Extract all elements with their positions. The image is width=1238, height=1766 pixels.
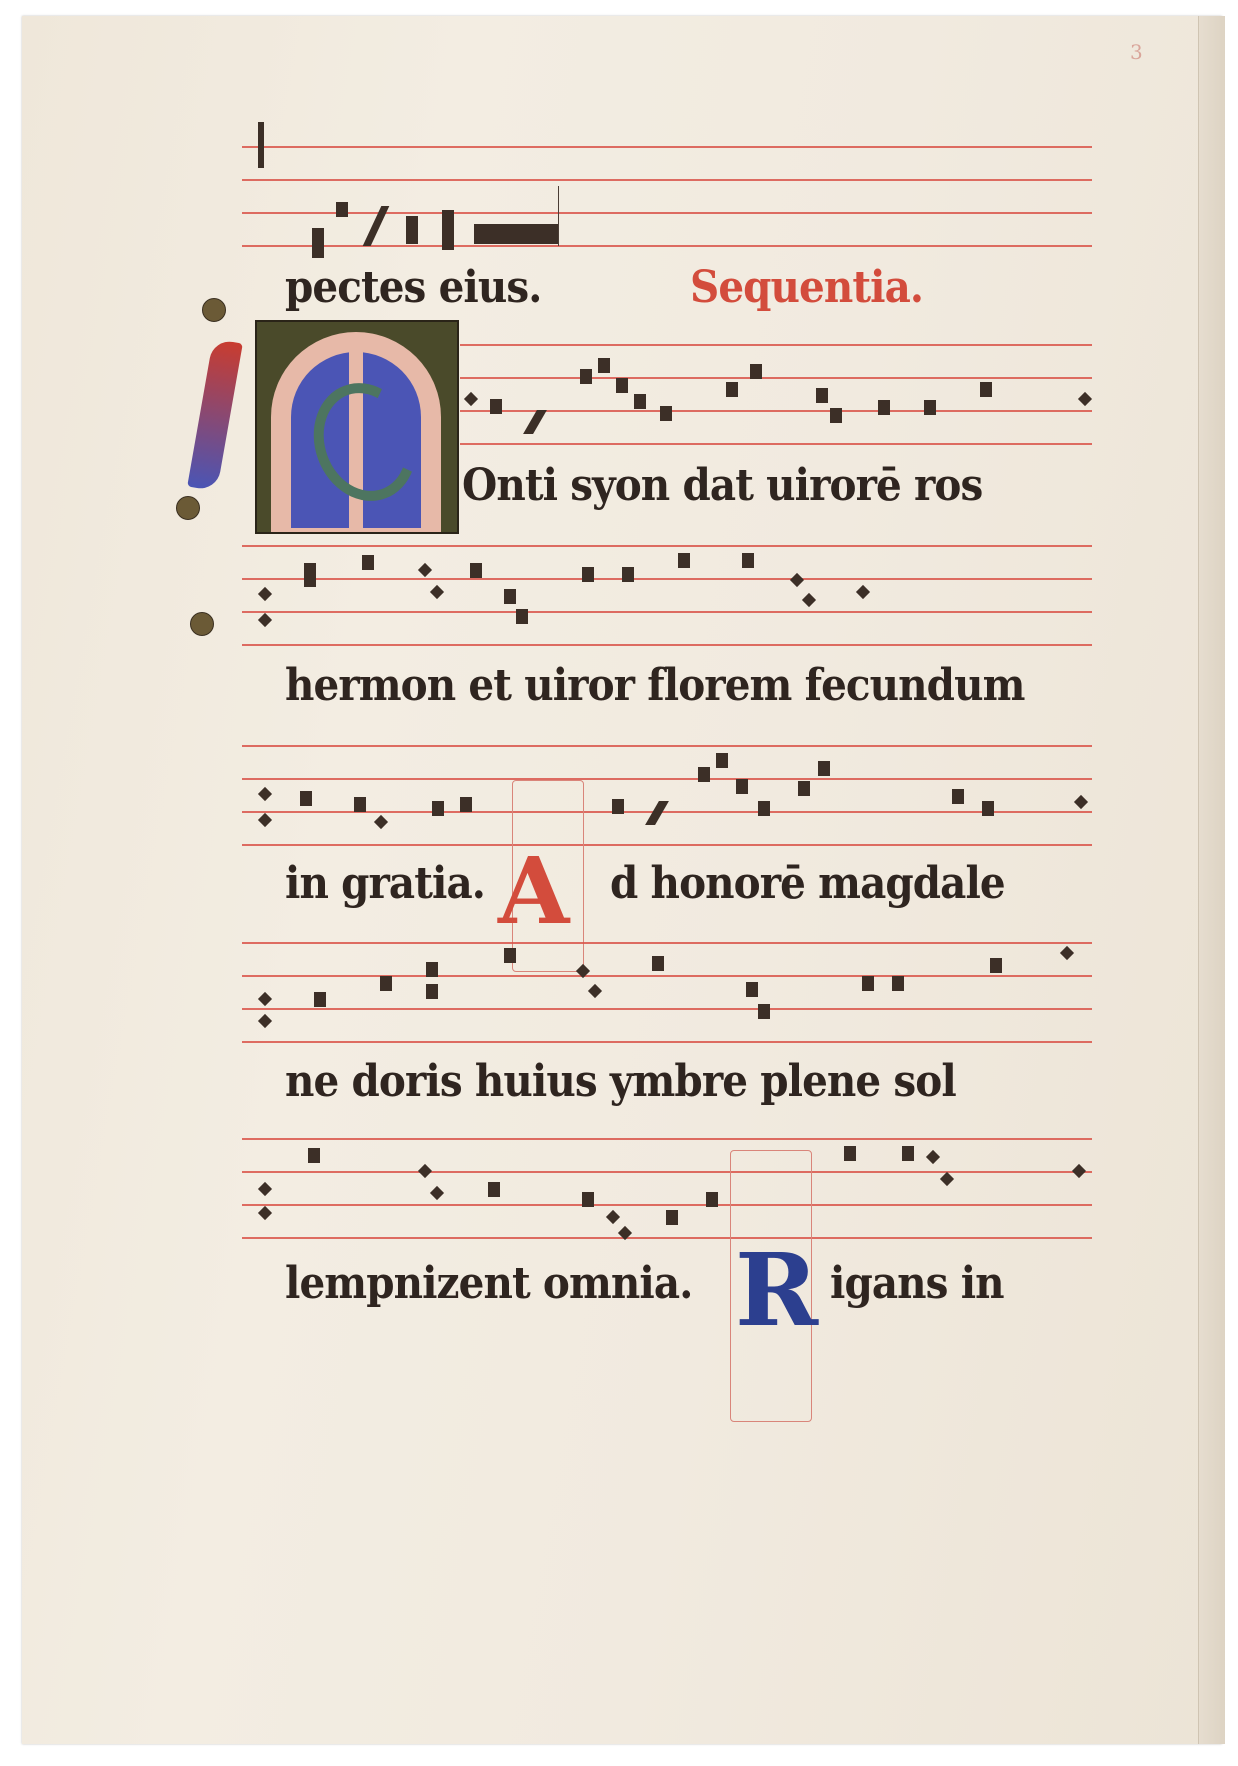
lyric-line-5: ne doris huius ymbre plene sol <box>285 1056 956 1107</box>
staff-4 <box>242 745 1092 845</box>
marginal-bead <box>176 496 200 520</box>
lyric-line-2: Onti syon dat uirorē ros <box>462 460 982 511</box>
lyric-line-6: lempnizent omnia. <box>285 1258 692 1309</box>
lyric-line-1: pectes eius. <box>285 262 541 313</box>
blue-initial-r: R <box>735 1240 818 1340</box>
page-number: 3 <box>1130 40 1143 64</box>
staff-5 <box>242 942 1092 1042</box>
illuminated-initial-m: M <box>255 320 459 534</box>
staff-2 <box>460 344 1092 444</box>
rubric-sequentia: Sequentia. <box>690 262 923 313</box>
staff-1 <box>242 146 1092 246</box>
staff-6 <box>242 1138 1092 1238</box>
lyric-line-6-continued: igans in <box>830 1258 1004 1309</box>
page-fold-edge <box>1198 16 1225 1744</box>
marginal-bead <box>190 612 214 636</box>
staff-3 <box>242 545 1092 645</box>
marginal-bead <box>202 298 226 322</box>
lyric-line-4: in gratia. <box>285 858 485 909</box>
lyric-line-3: hermon et uiror florem fecundum <box>285 660 1024 711</box>
lyric-line-4-continued: d honorē magdale <box>610 858 1005 909</box>
red-initial-a: A <box>498 845 569 937</box>
